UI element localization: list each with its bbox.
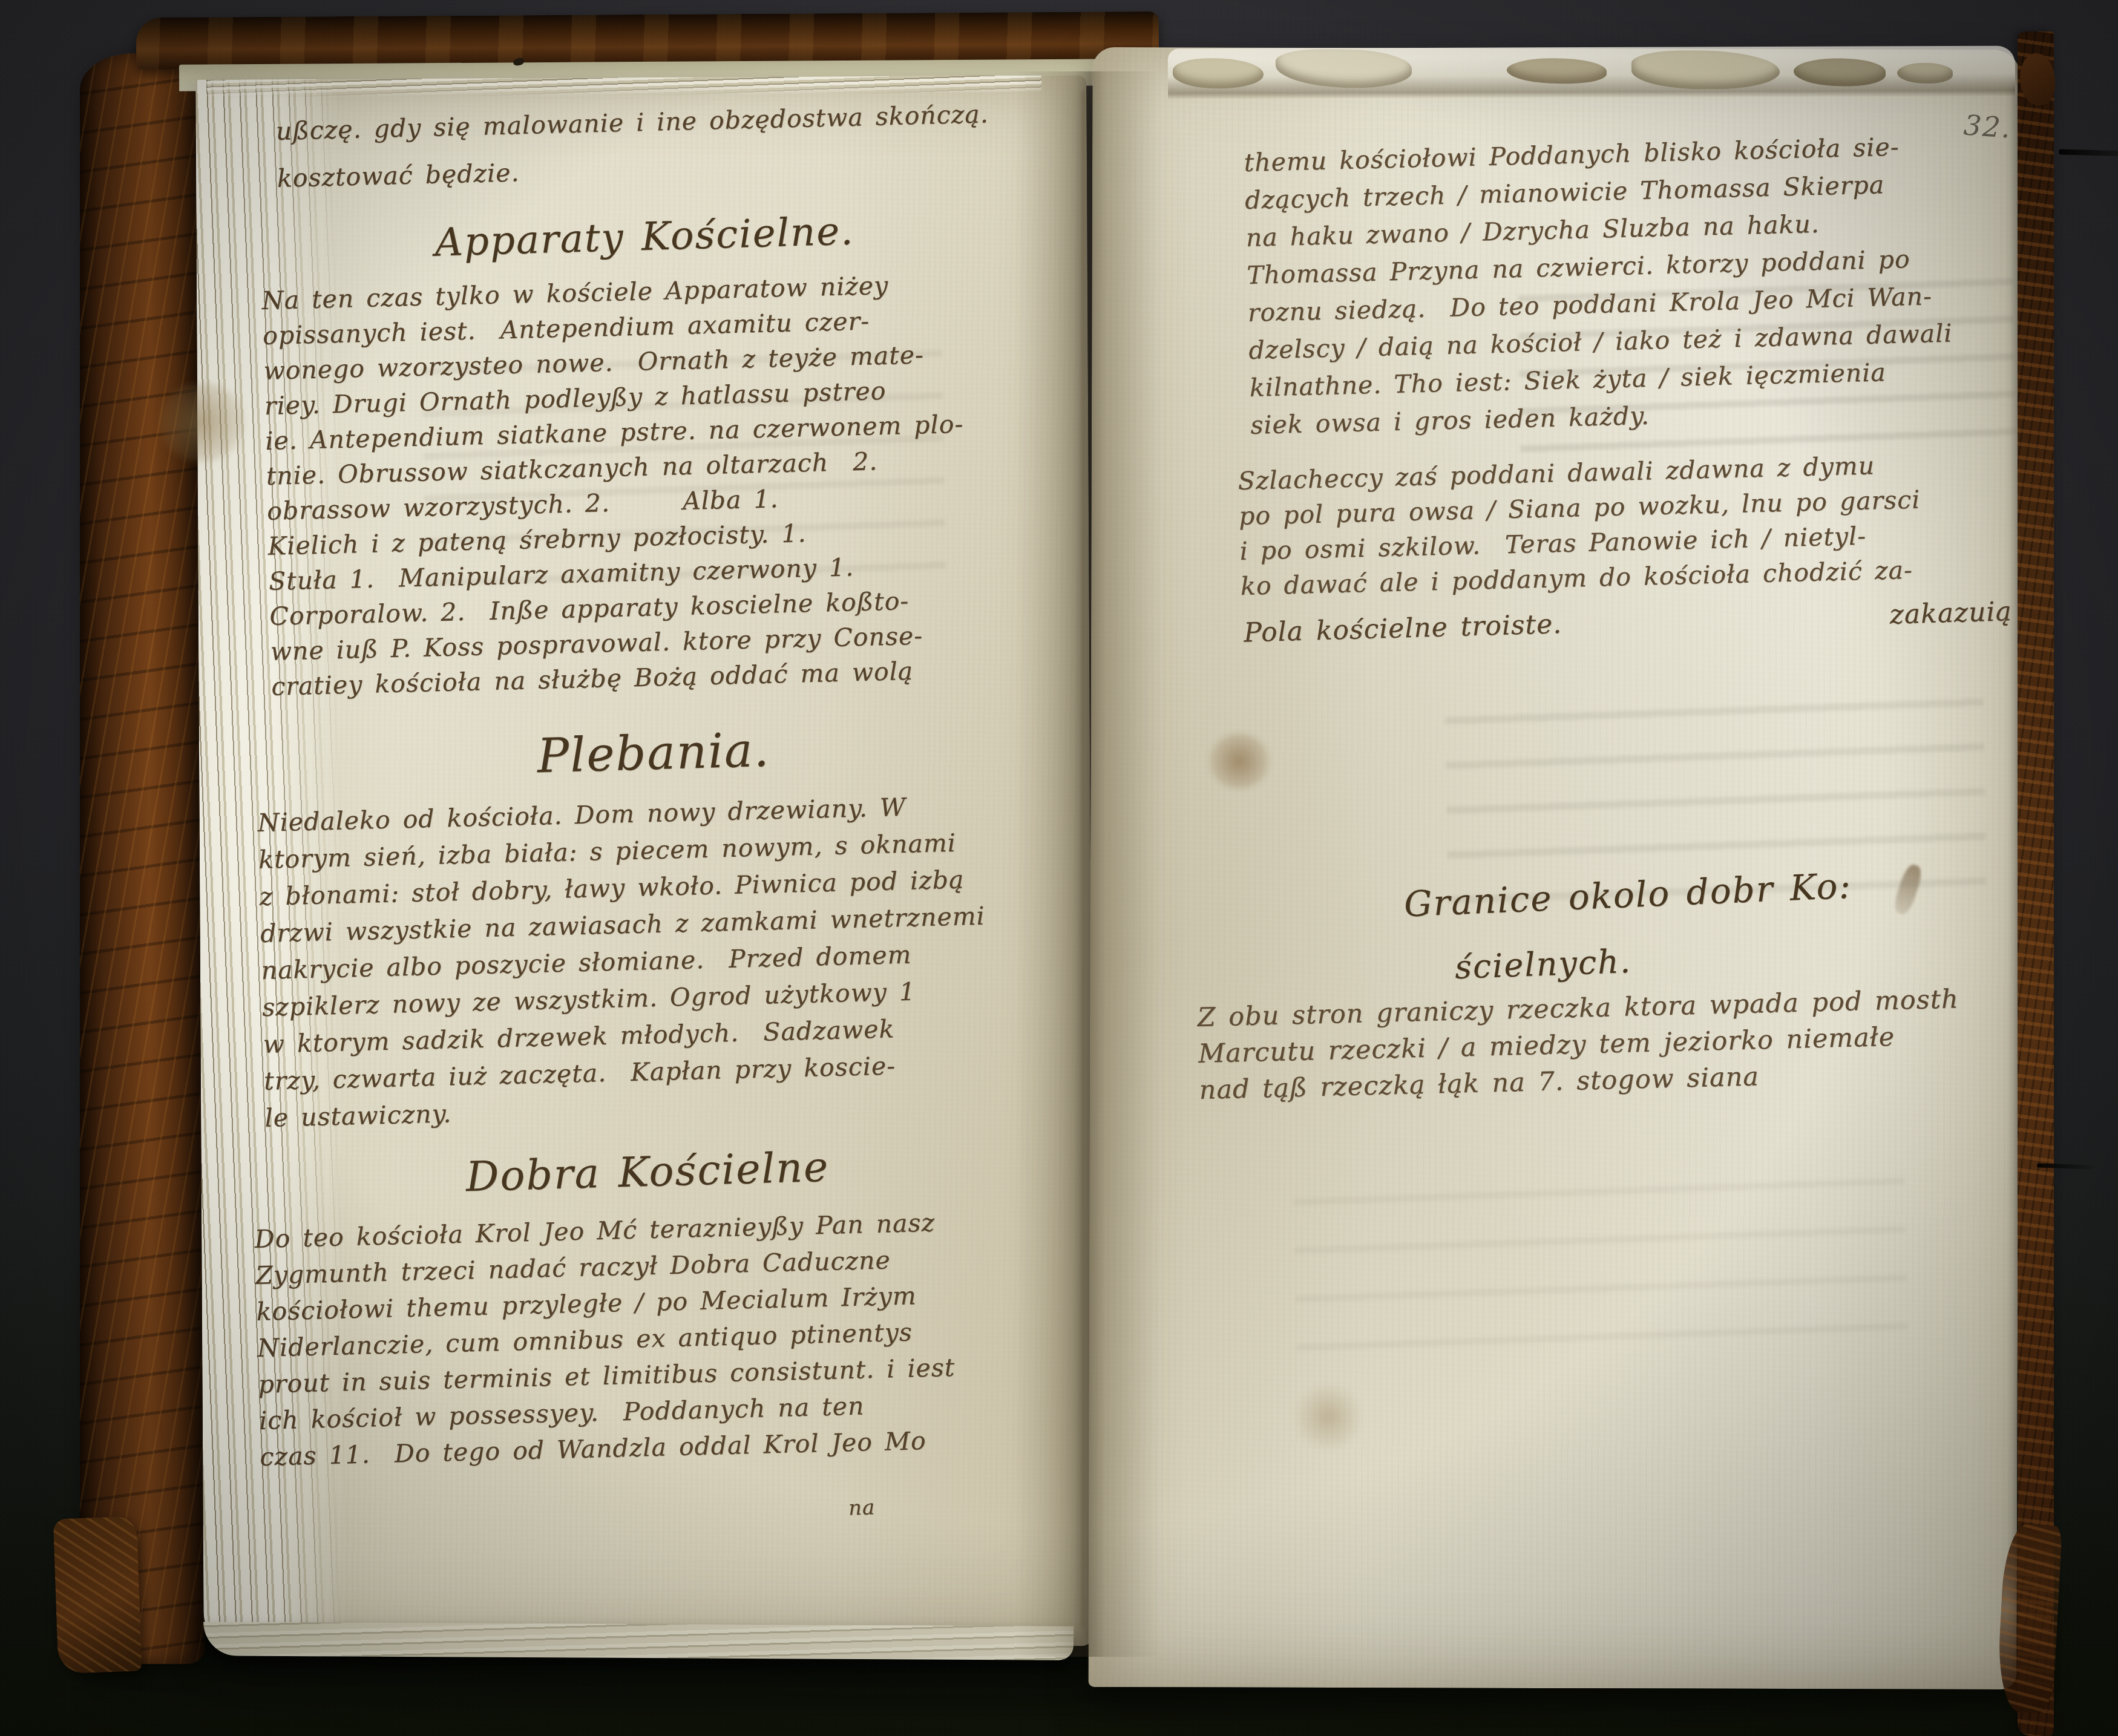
background-cut-mark — [2059, 149, 2118, 156]
paragraph-szlacheccy: Szlacheccy zaś poddani dawali zdawna z d… — [1238, 444, 2027, 604]
torn-paper-fragment — [1794, 58, 1886, 87]
paragraph-granice: Z obu stron graniczy rzeczka ktora wpada… — [1197, 980, 2022, 1109]
paragraph-apparaty-koscielne: Na ten czas tylko w kościele Apparatow n… — [261, 264, 1046, 704]
left-page-intro-lines: ußczę. gdy się malowanie i ine obzędostw… — [275, 90, 1028, 202]
torn-paper-fragment — [1276, 49, 1412, 88]
page-fold-crease — [1082, 91, 1084, 1628]
manuscript-photograph: { "appearance": { "ink": "#54412a", "hea… — [0, 0, 2118, 1736]
stacked-page-edges-bottom — [203, 1622, 1074, 1660]
paper-stain — [1208, 733, 1271, 789]
torn-paper-fragment — [1173, 58, 1264, 89]
torn-page-remnants — [1168, 46, 2015, 100]
ink-bleedthrough — [1293, 1174, 1907, 1367]
paragraph-dobra-koscielne: Do teo kościoła Krol Jeo Mć teraznieyßy … — [254, 1202, 1059, 1475]
paragraph-poddani: themu kościołowi Poddanych blisko kościo… — [1244, 125, 2031, 444]
torn-paper-fragment — [1631, 50, 1780, 90]
torn-paper-fragment — [1507, 58, 1607, 84]
torn-paper-fragment — [1897, 63, 1953, 84]
paper-stain — [1293, 1384, 1364, 1450]
paper-stain — [156, 382, 247, 462]
bottom-left-cover-corner — [53, 1516, 142, 1674]
field-note-continuation: zakazuią — [1889, 596, 2012, 631]
book-spine-leather — [80, 53, 205, 1664]
paragraph-plebania: Niedaleko od kościoła. Dom nowy drzewian… — [257, 785, 1052, 1137]
catchword: na — [848, 1495, 876, 1521]
